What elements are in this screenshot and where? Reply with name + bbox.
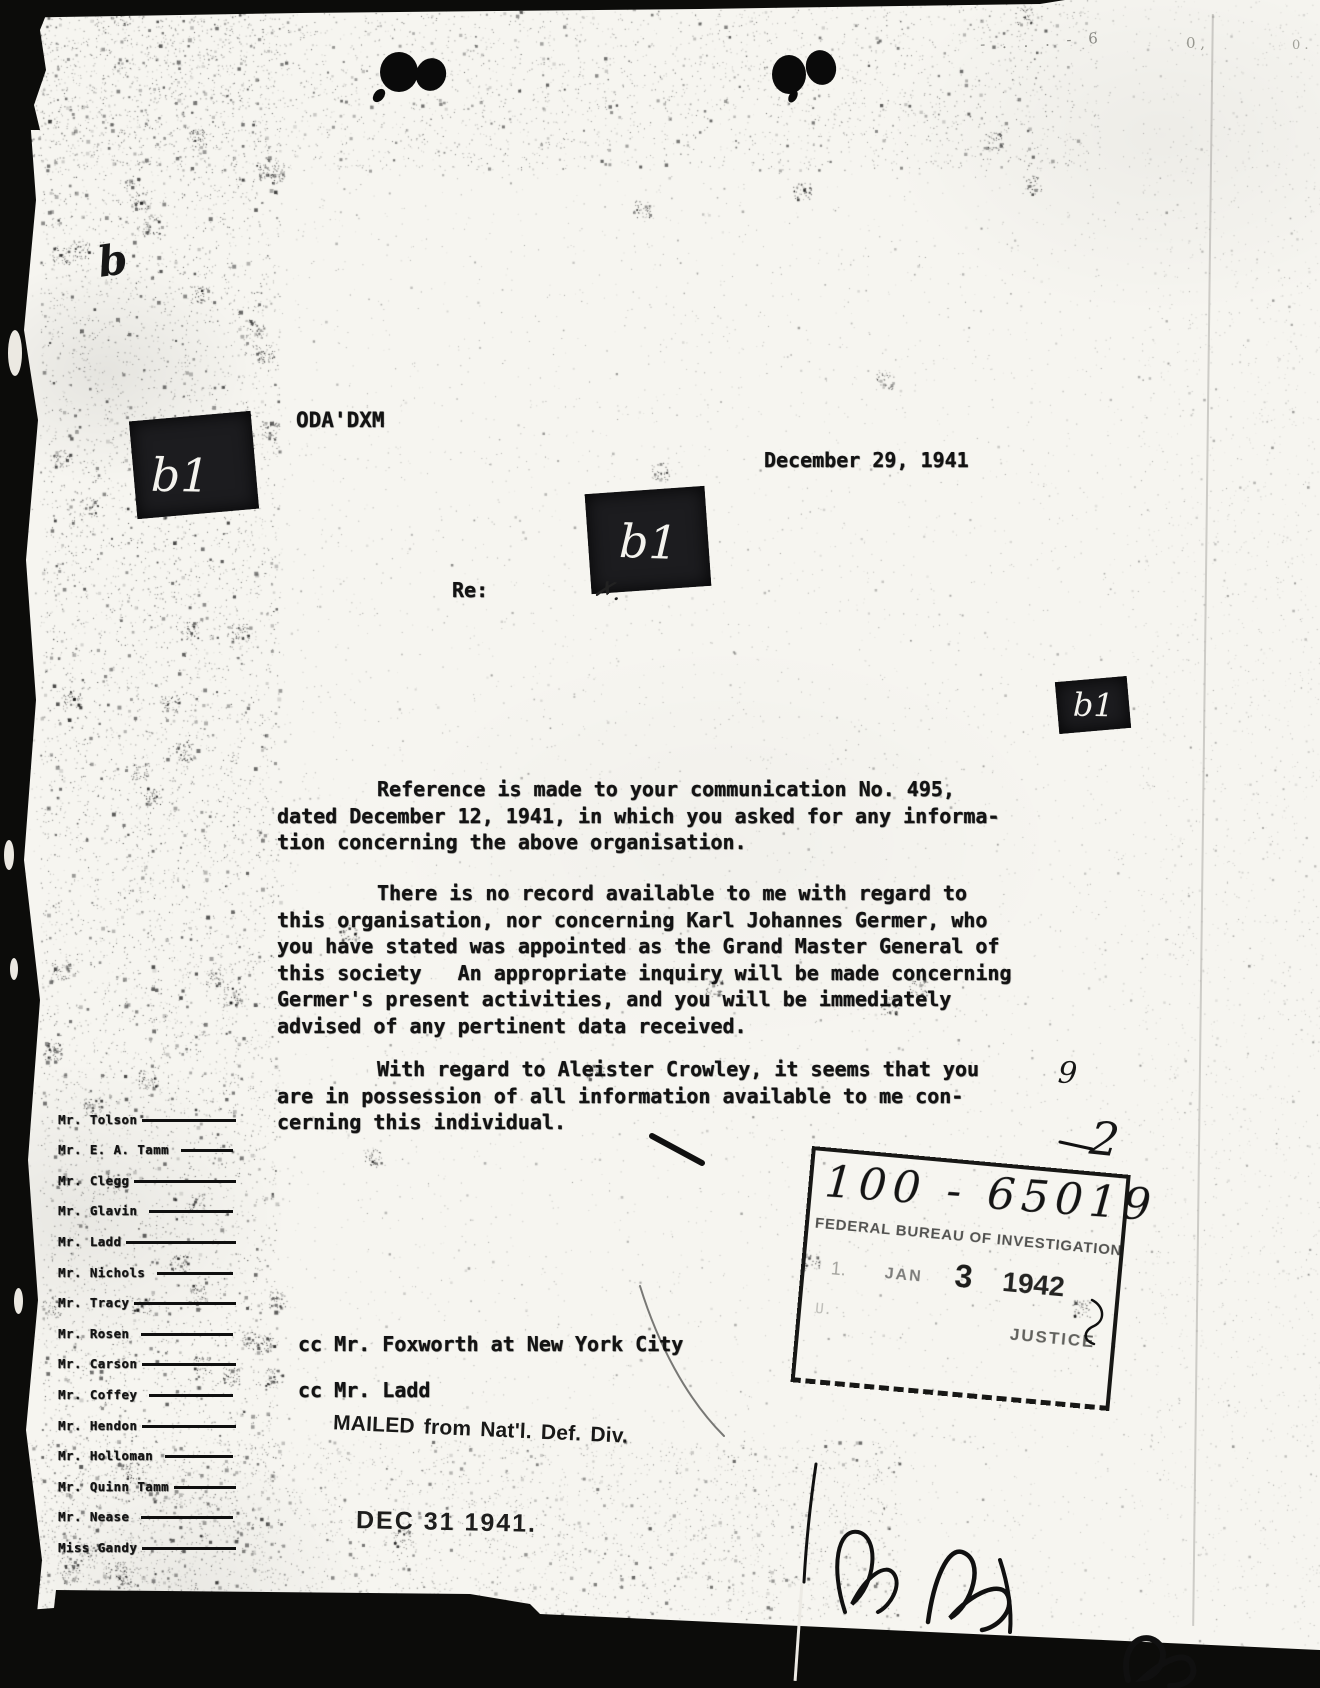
routing-underline	[142, 1425, 236, 1428]
routing-underline	[174, 1486, 236, 1489]
handwritten-file-suffix-two: 2	[1087, 1111, 1122, 1168]
body-line: this organisation, nor concerning Karl J…	[277, 907, 1047, 934]
re-label: Re:	[452, 578, 488, 602]
mailed-from-stamp: MAILED from Nat'l. Def. Div.	[333, 1411, 629, 1448]
edge-white-speck	[4, 840, 14, 870]
routing-item: Mr. Clegg	[58, 1157, 236, 1188]
edge-white-speck	[8, 330, 22, 376]
routing-item: Mr. Nease	[58, 1494, 236, 1525]
pen-stroke	[640, 1286, 724, 1436]
pencil-corner-mark: 0 .	[1292, 38, 1309, 53]
body-line: tion concerning the above organisation.	[277, 829, 1047, 856]
signature-initials	[928, 1552, 1009, 1630]
routing-item: Mr. Quinn Tamm	[58, 1463, 236, 1494]
routing-item: Mr. Glavin	[58, 1188, 236, 1219]
pen-stroke	[804, 1464, 816, 1582]
routing-underline	[142, 1547, 236, 1550]
stamp-justice-fragment: JUSTICE	[1009, 1325, 1096, 1353]
paragraph-reference: Reference is made to your communication …	[277, 776, 1047, 856]
routing-item: Mr. Tracy	[58, 1280, 236, 1311]
pencil-corner-marks: - . . . - 6	[980, 29, 1105, 53]
routing-underline	[126, 1241, 236, 1244]
scan-edge-bottom	[0, 1584, 1320, 1688]
routing-underline	[134, 1180, 236, 1183]
b1-exemption-label: b1	[618, 514, 679, 570]
routing-item: Mr. E. A. Tamm	[58, 1127, 236, 1158]
fbi-received-stamp: 100 - 65019 FEDERAL BUREAU OF INVESTIGAT…	[791, 1146, 1131, 1411]
edge-white-speck	[10, 958, 18, 980]
redaction-box: b1	[1055, 676, 1131, 734]
stamp-faint-mark: 1.	[830, 1258, 847, 1280]
scanned-memo-page: - . . . - 6 0 , 0 . b ODA'DXM December 2…	[0, 0, 1320, 1688]
body-line: advised of any pertinent data received.	[277, 1013, 1047, 1040]
cc-line-foxworth: cc Mr. Foxworth at New York City	[298, 1332, 683, 1356]
cc-line-ladd: cc Mr. Ladd	[298, 1378, 430, 1402]
routing-underline	[134, 1302, 236, 1305]
paragraph-crowley: With regard to Aleister Crowley, it seem…	[277, 1056, 1047, 1136]
body-line: There is no record available to me with …	[277, 880, 1047, 907]
b1-exemption-label: b1	[150, 448, 210, 503]
routing-underline	[181, 1149, 233, 1152]
scan-edge-top	[0, 0, 1065, 18]
routing-underline	[141, 1333, 233, 1336]
stamp-month: JAN	[884, 1265, 923, 1286]
classification-code: ODA'DXM	[296, 408, 385, 432]
date-stamp-dec-31: DEC 31 1941.	[356, 1506, 538, 1539]
routing-item: Mr. Carson	[58, 1341, 236, 1372]
stamp-day: 3	[953, 1258, 974, 1296]
body-line: With regard to Aleister Crowley, it seem…	[277, 1056, 1047, 1083]
body-line: Reference is made to your communication …	[277, 776, 1047, 803]
body-line: cerning this individual.	[277, 1109, 1047, 1136]
routing-underline	[149, 1394, 233, 1397]
routing-underline	[142, 1119, 236, 1122]
handwritten-b-mark: b	[95, 234, 131, 287]
stamp-year: 1942	[1001, 1266, 1066, 1304]
b1-exemption-label: b1	[1072, 686, 1114, 725]
body-line: dated December 12, 1941, in which you as…	[277, 803, 1047, 830]
signature-initials	[1000, 1560, 1011, 1632]
routing-underline	[165, 1455, 233, 1458]
routing-underline	[149, 1210, 233, 1213]
scan-edge-top-left-corner	[0, 0, 52, 130]
routing-item: Mr. Coffey	[58, 1371, 236, 1402]
handwritten-nine: 9	[1057, 1055, 1078, 1091]
routing-underline	[142, 1363, 236, 1366]
routing-item: Mr. Tolson	[58, 1096, 236, 1127]
pencil-corner-mark: 0 ,	[1186, 34, 1205, 52]
routing-item: Mr. Hendon	[58, 1402, 236, 1433]
paragraph-no-record: There is no record available to me with …	[277, 880, 1047, 1040]
edge-white-speck	[14, 1288, 23, 1314]
signature-initials	[837, 1532, 896, 1612]
paper-edge-line	[1192, 14, 1214, 1626]
hole-punch-mark	[411, 54, 450, 95]
routing-underline	[157, 1272, 233, 1275]
stamp-dept-faint: U.	[815, 1301, 833, 1318]
routing-item: Mr. Nichols	[58, 1249, 236, 1280]
hole-punch-mark	[772, 55, 806, 94]
routing-item: Mr. Ladd	[58, 1218, 236, 1249]
routing-item: Mr. Holloman	[58, 1433, 236, 1464]
hole-punch-mark	[380, 52, 418, 92]
hole-punch-mark	[802, 47, 840, 89]
body-line: Germer's present activities, and you wil…	[277, 986, 1047, 1013]
routing-item: Mr. Rosen	[58, 1310, 236, 1341]
fbi-routing-list: Mr. Tolson Mr. E. A. Tamm Mr. Clegg Mr. …	[58, 1096, 236, 1555]
handwritten-x-mark: ✗.	[591, 573, 624, 606]
pen-dash-mark	[1060, 1142, 1092, 1149]
body-line: this society An appropriate inquiry will…	[277, 960, 1047, 987]
redaction-box: b1	[129, 411, 259, 519]
body-line: you have stated was appointed as the Gra…	[277, 933, 1047, 960]
body-line: are in possession of all information ava…	[277, 1083, 1047, 1110]
ink-drip-mark	[370, 87, 387, 105]
routing-underline	[141, 1516, 233, 1519]
letter-date: December 29, 1941	[764, 448, 969, 472]
routing-item: Miss Gandy	[58, 1524, 236, 1555]
pen-dash-mark	[652, 1136, 702, 1163]
